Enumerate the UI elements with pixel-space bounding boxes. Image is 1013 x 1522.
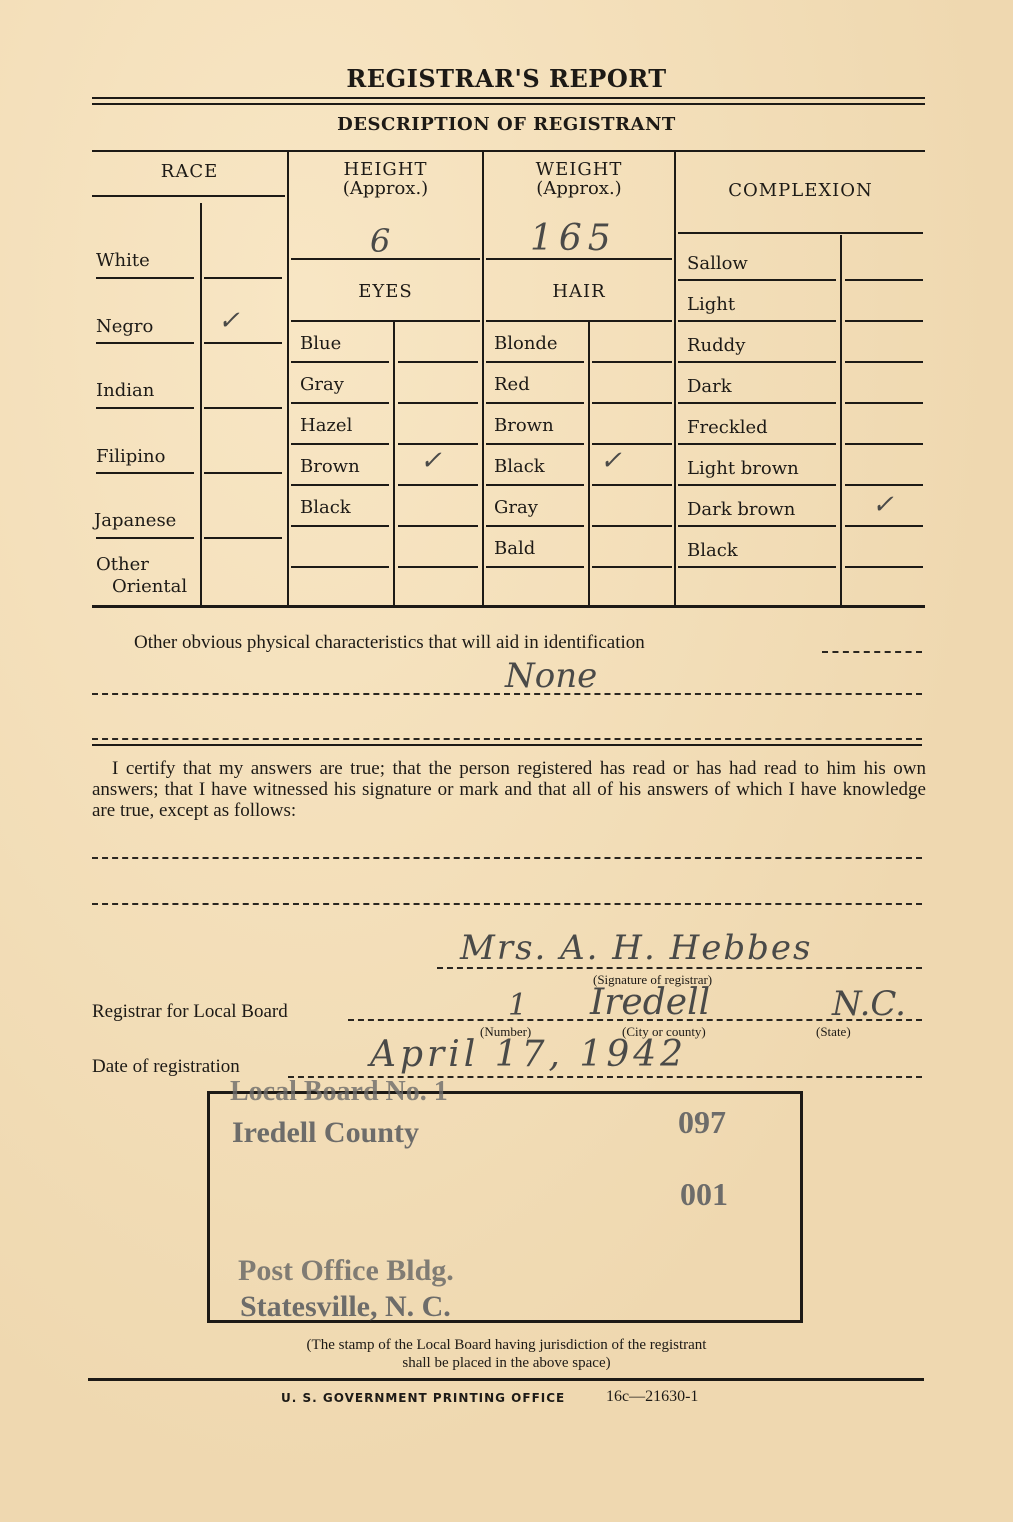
row-rule [486,484,584,486]
weight-sublabel: (Approx.) [484,179,674,198]
row-rule [398,525,478,527]
hair-option-brown: Brown [494,415,554,436]
state-caption: (State) [816,1024,851,1040]
complexion-option-dark: Dark [687,376,732,397]
row-rule [678,484,836,486]
row-rule [592,443,672,445]
stamp-caption-1: (The stamp of the Local Board having jur… [0,1337,1013,1354]
row-rule [678,566,836,568]
stamp-line-4: Statesville, N. C. [240,1290,451,1324]
eyes-check-brown[interactable]: ✓ [420,446,442,476]
height-value[interactable]: 6 [370,222,390,260]
row-rule [291,361,389,363]
row-rule [592,402,672,404]
row-rule [678,525,836,527]
exceptions-line-1[interactable] [92,857,922,859]
eyes-option-gray: Gray [300,374,344,395]
row-rule [398,402,478,404]
height-header: HEIGHT (Approx.) [289,160,482,198]
race-option-other: Other [96,554,149,575]
section-title: DESCRIPTION OF REGISTRANT [0,114,1013,135]
weight-label: WEIGHT [484,160,674,179]
row-rule [486,402,584,404]
local-board-label: Registrar for Local Board [92,1001,288,1023]
row-rule [204,342,282,344]
row-rule [845,320,923,322]
race-option-japanese: Japanese [94,510,176,531]
title-rule-top [92,97,925,99]
row-rule [291,484,389,486]
hair-check-black[interactable]: ✓ [600,446,622,476]
exceptions-line-2[interactable] [92,903,922,905]
height-rule [291,258,480,260]
hair-option-blonde: Blonde [494,333,558,354]
local-board-number[interactable]: 1 [508,988,527,1023]
weight-rule [486,258,672,260]
eyes-option-brown: Brown [300,456,360,477]
row-rule [398,443,478,445]
race-header: RACE [92,162,287,181]
race-option-indian: Indian [96,380,154,401]
row-rule [96,342,194,344]
stamp-code-2: 001 [680,1176,728,1213]
row-rule [96,407,194,409]
table-bottom-rule [92,605,925,608]
hair-option-red: Red [494,374,530,395]
complexion-check-dark-brown[interactable]: ✓ [872,490,894,520]
row-rule [291,566,389,568]
row-rule [398,566,478,568]
race-option-white: White [96,250,150,271]
row-rule [592,484,672,486]
race-option-oriental: Oriental [112,576,187,597]
row-rule [486,361,584,363]
row-rule [291,402,389,404]
row-rule [845,279,923,281]
row-rule [845,525,923,527]
date-label: Date of registration [92,1056,240,1078]
row-rule [678,402,836,404]
row-rule [204,407,282,409]
eyes-header: EYES [289,282,482,301]
race-option-filipino: Filipino [96,446,165,467]
col-divider [200,203,202,605]
row-rule [845,361,923,363]
row-rule [96,277,194,279]
row-rule [204,537,282,539]
row-rule [592,566,672,568]
row-rule [592,361,672,363]
row-rule [845,402,923,404]
complexion-option-ruddy: Ruddy [687,335,745,356]
race-check-negro[interactable]: ✓ [218,306,240,336]
stamp-caption-2: shall be placed in the above space) [0,1355,1013,1372]
height-sublabel: (Approx.) [289,179,482,198]
complexion-option-dark-brown: Dark brown [687,499,795,520]
col-divider [393,322,395,605]
local-board-county[interactable]: Iredell [590,982,710,1023]
row-rule [486,566,584,568]
col-divider [840,235,842,605]
complexion-option-freckled: Freckled [687,417,768,438]
stamp-line-1: Local Board No. 1 [230,1076,448,1108]
row-rule [678,279,836,281]
row-rule [96,537,194,539]
complexion-option-light: Light [687,294,735,315]
race-option-negro: Negro [96,316,153,337]
certification-text: I certify that my answers are true; that… [92,758,926,821]
report-title: REGISTRAR'S REPORT [0,64,1013,93]
characteristics-line-1[interactable] [92,693,922,695]
signature-line [437,967,922,969]
eyes-option-blue: Blue [300,333,341,354]
registration-date[interactable]: April 17, 1942 [370,1034,687,1075]
eyes-option-black: Black [300,497,351,518]
registrar-signature[interactable]: Mrs. A. H. Hebbes [460,928,812,968]
row-rule [845,443,923,445]
complexion-header: COMPLEXION [676,181,925,200]
hair-option-black: Black [494,456,545,477]
row-rule [845,566,923,568]
form-code: 16c—21630-1 [606,1388,698,1406]
row-rule [204,277,282,279]
col-divider [287,151,289,605]
eyes-header-rule [291,320,480,322]
characteristics-leader [822,651,922,653]
title-rule-bottom [92,103,925,105]
row-rule [96,472,194,474]
row-rule [678,443,836,445]
weight-header: WEIGHT (Approx.) [484,160,674,198]
hair-header-rule [486,320,672,322]
hair-option-bald: Bald [494,538,535,559]
row-rule [486,443,584,445]
row-rule [592,525,672,527]
characteristics-value[interactable]: None [505,656,597,696]
printer-name: U. S. GOVERNMENT PRINTING OFFICE [281,1391,565,1405]
row-rule [291,525,389,527]
row-rule [291,443,389,445]
hair-option-gray: Gray [494,497,538,518]
eyes-option-hazel: Hazel [300,415,352,436]
complexion-option-light-brown: Light brown [687,458,799,479]
stamp-line-3: Post Office Bldg. [238,1254,454,1288]
col-divider [674,151,676,605]
row-rule [398,484,478,486]
height-label: HEIGHT [289,160,482,179]
table-top-rule [92,150,925,152]
stamp-code-1: 097 [678,1104,726,1141]
local-board-state[interactable]: N.C. [832,984,906,1024]
row-rule [678,320,836,322]
row-rule [845,484,923,486]
characteristics-line-2[interactable] [92,738,922,740]
section-rule [92,744,922,746]
complexion-option-sallow: Sallow [687,253,748,274]
weight-value[interactable]: 165 [530,218,617,259]
col-divider [588,322,590,605]
row-rule [398,361,478,363]
row-rule [486,525,584,527]
characteristics-label: Other obvious physical characteristics t… [134,632,645,654]
complexion-header-rule [678,232,923,234]
row-rule [678,361,836,363]
col-divider [482,151,484,605]
row-rule [204,472,282,474]
race-header-rule [92,195,285,197]
stamp-line-2: Iredell County [232,1116,419,1150]
footer-rule [88,1378,924,1381]
hair-header: HAIR [484,282,674,301]
complexion-option-black: Black [687,540,738,561]
